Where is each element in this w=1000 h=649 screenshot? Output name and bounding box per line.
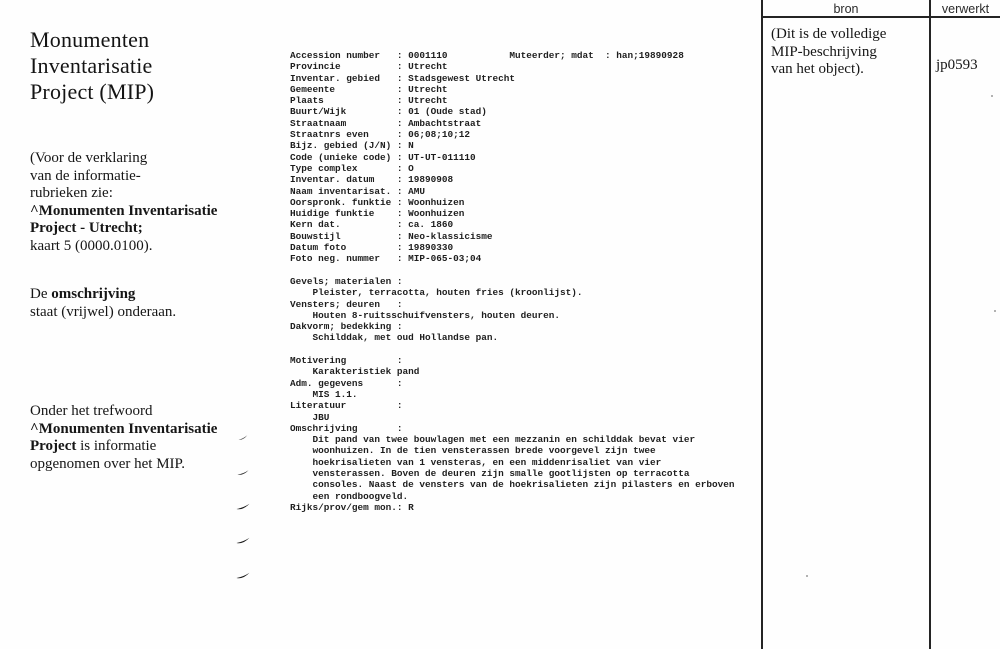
note-reference-bold-title-2: Project - Utrecht; xyxy=(30,220,143,236)
bron-note: (Dit is de volledigeMIP-beschrijvingvan … xyxy=(771,26,926,79)
table-rule-vertical-right xyxy=(929,0,931,649)
table-rule-horizontal-header xyxy=(761,16,1000,18)
table-rule-vertical-left xyxy=(761,0,763,649)
margin-note-trefwoord: Onder het trefwoord^Monumenten Inventari… xyxy=(30,403,270,473)
note-reference-line-3: rubrieken zie: xyxy=(30,185,113,201)
pen-mark xyxy=(236,572,250,580)
note-reference-line-6: kaart 5 (0000.0100). xyxy=(30,238,152,254)
bron-note-line-3: van het object). xyxy=(771,61,864,77)
scanned-mip-document-page: { "page": { "background": "#fefefe", "in… xyxy=(0,0,1000,649)
note-omschrijving-line-2: staat (vrijwel) onderaan. xyxy=(30,304,176,320)
margin-note-reference: (Voor de verklaringvan de informatie-rub… xyxy=(30,150,270,256)
note-reference-line-2: van de informatie- xyxy=(30,168,141,184)
margin-note-omschrijving: De omschrijvingstaat (vrijwel) onderaan. xyxy=(30,286,270,321)
note-reference-bold-title-1: ^Monumenten Inventarisatie xyxy=(30,203,217,219)
pen-mark xyxy=(236,503,250,511)
column-header-verwerkt: verwerkt xyxy=(931,2,1000,16)
verwerkt-code: jp0593 xyxy=(936,57,978,74)
page-title-line-1: Monumenten xyxy=(30,27,149,52)
pen-mark xyxy=(237,470,249,477)
mip-record-text: Accession number : 0001110 Muteerder; md… xyxy=(290,50,734,513)
note-trefwoord-line-3-rest: is informatie xyxy=(76,438,156,454)
scan-speck xyxy=(991,95,993,97)
note-trefwoord-line-1: Onder het trefwoord xyxy=(30,403,152,419)
note-trefwoord-line-4: opgenomen over het MIP. xyxy=(30,456,185,472)
pen-mark xyxy=(238,435,248,442)
page-title: MonumentenInventarisatieProject (MIP) xyxy=(30,27,154,105)
page-title-line-2: Inventarisatie xyxy=(30,53,153,78)
scan-speck xyxy=(994,310,996,312)
note-omschrijving-bold-word: omschrijving xyxy=(51,286,135,302)
page-title-line-3: Project (MIP) xyxy=(30,79,154,104)
column-header-bron: bron xyxy=(763,2,929,16)
bron-note-line-2: MIP-beschrijving xyxy=(771,44,877,60)
note-trefwoord-bold-word: Project xyxy=(30,438,76,454)
note-trefwoord-bold-title: ^Monumenten Inventarisatie xyxy=(30,421,217,437)
note-omschrijving-prefix: De xyxy=(30,286,51,302)
pen-mark xyxy=(236,537,250,545)
bron-note-line-1: (Dit is de volledige xyxy=(771,26,886,42)
scan-speck xyxy=(806,575,808,577)
note-reference-line-1: (Voor de verklaring xyxy=(30,150,147,166)
